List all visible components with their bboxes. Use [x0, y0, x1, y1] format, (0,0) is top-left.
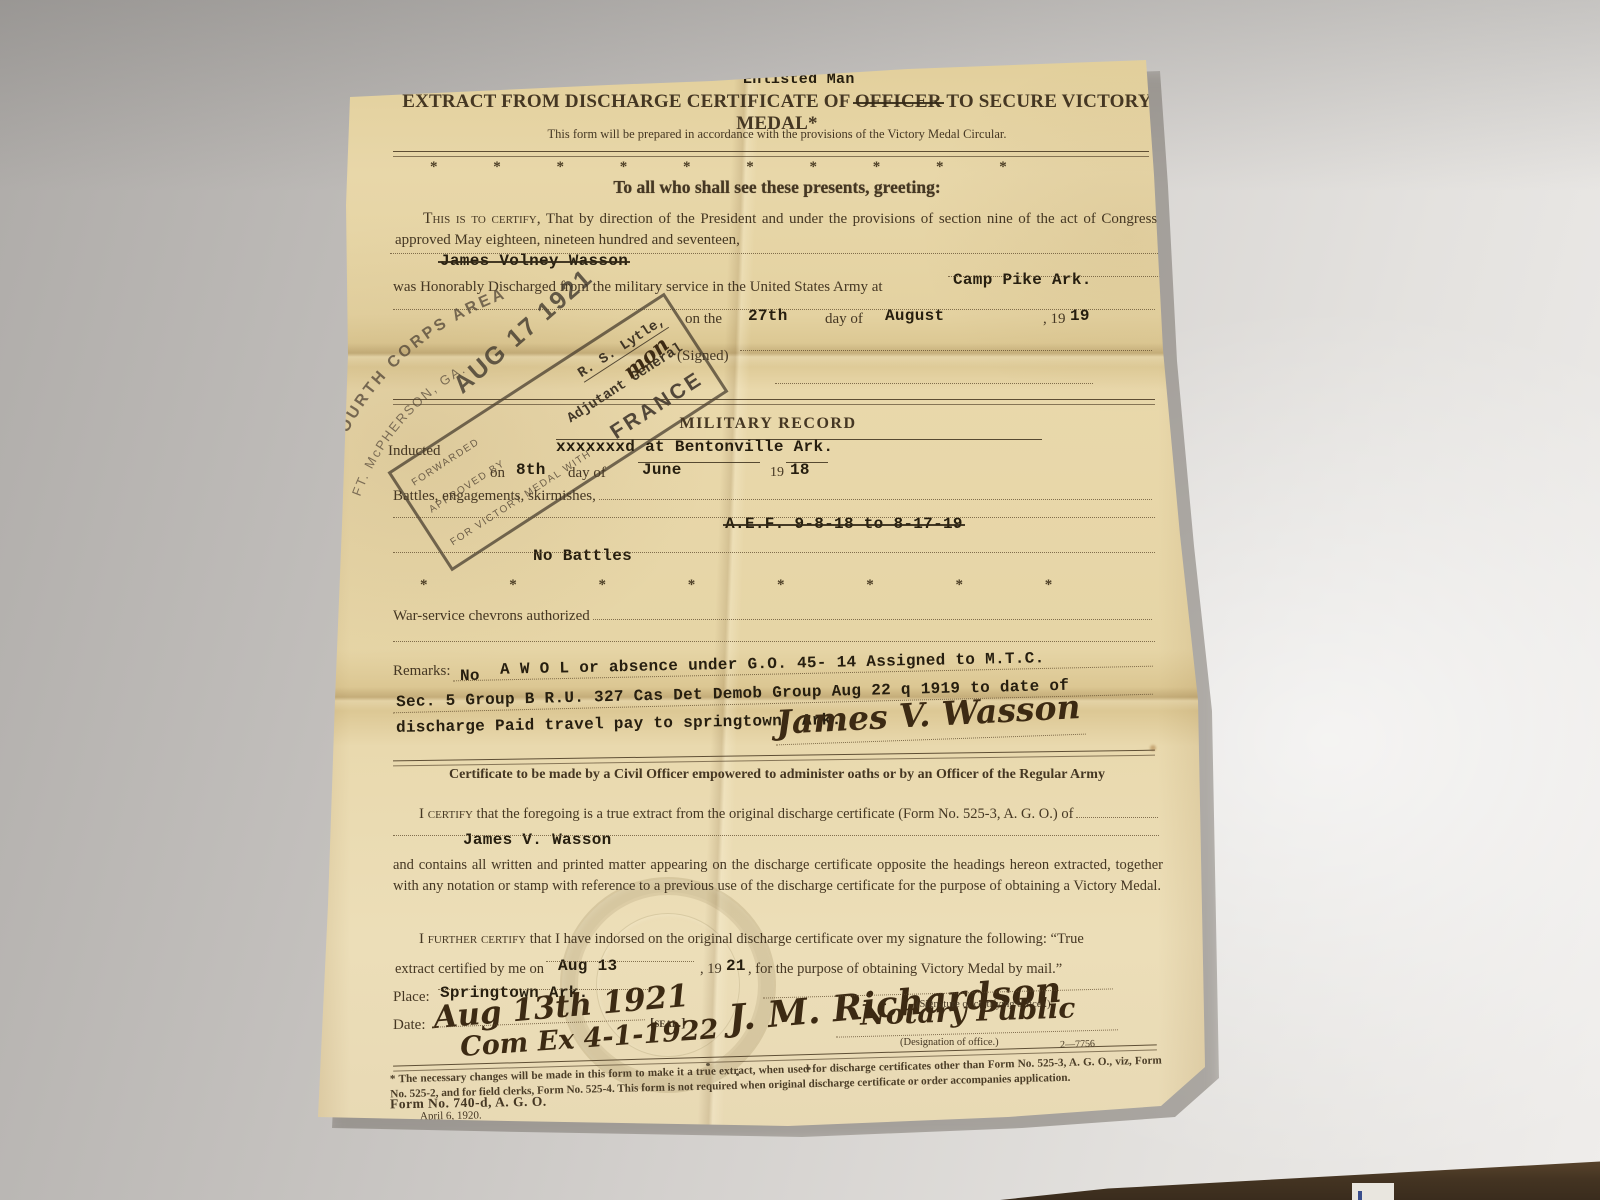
- typed-correction: Enlisted Man: [743, 71, 855, 88]
- greeting-heading: To all who shall see these presents, gre…: [396, 177, 1158, 198]
- contains-paragraph: and contains all written and printed mat…: [393, 855, 1163, 897]
- print-code: 2—7756: [1060, 1039, 1095, 1051]
- year-underline: [786, 462, 828, 463]
- induct-day-typed: 8th: [516, 461, 546, 479]
- inducted-underline: [556, 439, 1042, 440]
- no-battles-typed: No Battles: [533, 547, 632, 565]
- induct-day-of-printed: day of: [568, 465, 606, 482]
- signed-line: [740, 350, 1152, 351]
- battles-label: Battles, engagements, skirmishes,: [393, 488, 596, 505]
- title-pre: EXTRACT FROM DISCHARGE CERTIFICATE OF: [402, 91, 850, 112]
- certify-intro-lead: This is to certify,: [423, 210, 541, 227]
- blank-dotted-line: [393, 641, 1155, 642]
- foxing-spot: [336, 353, 343, 360]
- battles-dotted-fill: [599, 483, 1152, 500]
- further-certify-line-1: I further certify that I have indorsed o…: [395, 931, 1161, 948]
- battles-dotted-line-2: [393, 552, 1155, 553]
- year-printed: , 19: [1043, 311, 1066, 328]
- induct-year-typed: 18: [790, 461, 810, 479]
- place-label: Place:: [393, 989, 430, 1006]
- discharge-month-typed: August: [885, 307, 944, 325]
- stars-row-2: * * * * * * * *: [420, 577, 1052, 594]
- induct-month-typed: June: [642, 461, 682, 479]
- document-subtitle: This form will be prepared in accordance…: [396, 127, 1158, 142]
- photo-background: Enlisted Man EXTRACT FROM DISCHARGE CERT…: [0, 0, 1600, 1200]
- battles-row: Battles, engagements, skirmishes,: [393, 483, 1155, 505]
- title-struck-word: OFFICER: [855, 91, 942, 112]
- discharge-extract-document: Enlisted Man EXTRACT FROM DISCHARGE CERT…: [308, 55, 1213, 1135]
- foxing-spot: [322, 307, 327, 312]
- certificate-heading: Certificate to be made by a Civil Office…: [398, 767, 1156, 783]
- on-printed: on: [490, 465, 505, 482]
- remarks-line-3: discharge Paid travel pay to springtown,…: [396, 711, 842, 737]
- date-label: Date:: [393, 1017, 425, 1034]
- certify-body: that the foregoing is a true extract fro…: [473, 806, 1074, 822]
- further-certify-body: that I have indorsed on the original dis…: [526, 931, 1084, 947]
- induct-year-printed: 19: [770, 465, 784, 481]
- remarks-no-typed: No: [460, 667, 480, 685]
- chevrons-dotted-fill: [593, 603, 1152, 620]
- office-designation-handwritten: Notary Public: [859, 991, 1075, 1031]
- certificate-name-typed: James V. Wasson: [463, 831, 612, 849]
- remarks-label: Remarks:: [393, 663, 451, 680]
- military-record-heading: MILITARY RECORD: [648, 415, 888, 433]
- certify-intro-paragraph: This is to certify, That by direction of…: [395, 208, 1161, 251]
- cert-date-line: [546, 961, 694, 962]
- place-line: [948, 276, 1192, 277]
- discharge-year-typed: 19: [1070, 307, 1090, 325]
- chevrons-row: War-service chevrons authorized: [393, 603, 1155, 625]
- certify-lead: I certify: [419, 806, 473, 822]
- month-underline: [638, 462, 760, 463]
- cert-date-typed: Aug 13: [558, 957, 617, 975]
- signed-line-2: [775, 383, 1093, 384]
- certify-1-row: I certify that the foregoing is a true e…: [395, 801, 1161, 823]
- further-certify-lead: I further certify: [419, 931, 526, 947]
- rule-certificate: [393, 750, 1155, 767]
- chevrons-label: War-service chevrons authorized: [393, 608, 590, 625]
- cert-year-typed: 21: [726, 957, 746, 975]
- on-the-label: on the: [685, 311, 722, 328]
- paper-sliver: [1352, 1183, 1394, 1200]
- inducted-printed: Inducted: [388, 443, 440, 460]
- service-dotted-line: [393, 517, 1155, 518]
- day-of-label: day of: [825, 311, 863, 328]
- certificate-name-line: [393, 835, 1159, 836]
- stars-row-1: * * * * * * * * * *: [430, 159, 1007, 176]
- discharge-day-typed: 27th: [748, 307, 788, 325]
- rule-header: [393, 151, 1149, 157]
- discharge-place-typed: Camp Pike Ark.: [953, 271, 1092, 289]
- office-caption: (Designation of office.): [900, 1037, 999, 1048]
- further-line2-pre: extract certified by me on: [395, 961, 544, 978]
- table-edge: [1000, 1148, 1600, 1200]
- inducted-typed: xxxxxxxd at Bentonville Ark.: [556, 438, 833, 456]
- rule-military-record: [393, 399, 1155, 405]
- certify-dotted-fill: [1076, 801, 1158, 818]
- cert-year-printed: , 19: [700, 961, 722, 978]
- name-line: [390, 253, 1192, 254]
